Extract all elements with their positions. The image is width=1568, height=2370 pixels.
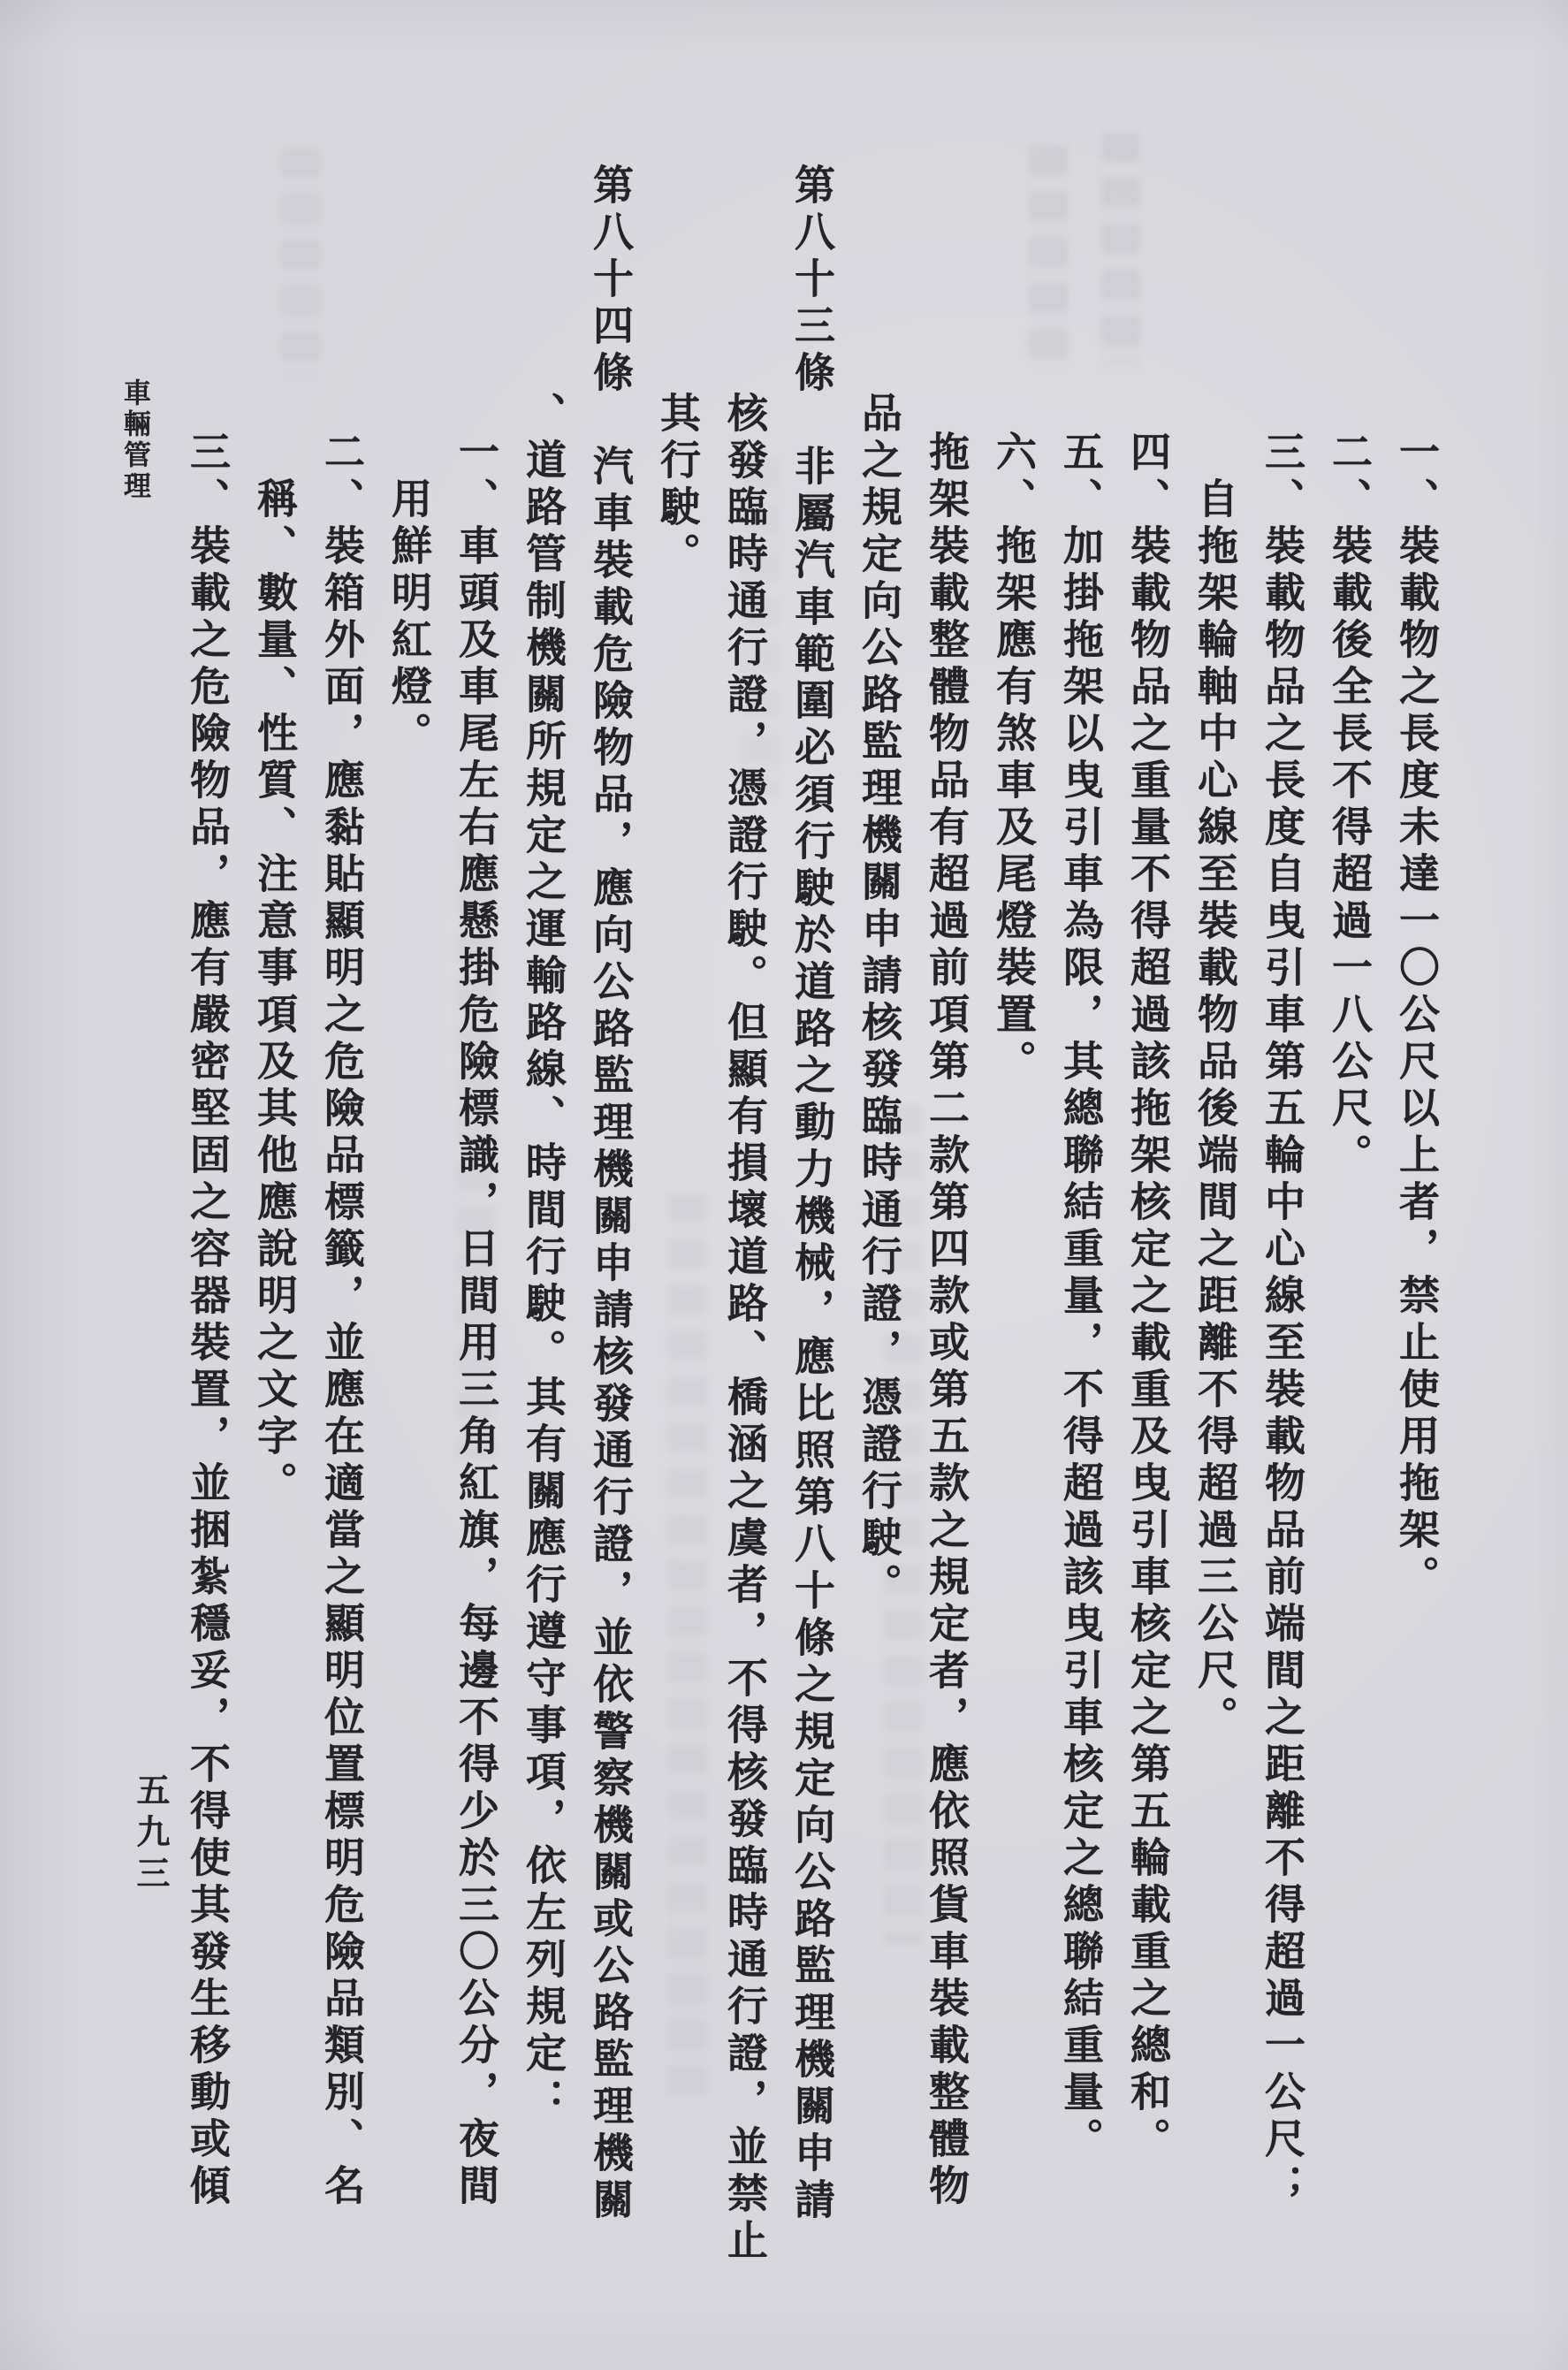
- text-column-13-article: 第八十四條 汽車裝載危險物品，應向公路監理機關申請核發通行證，並依警察機關或公路…: [576, 164, 643, 2225]
- text-column-6-item: 五、加掛拖架以曳引車為限，其總聯結重量，不得超過該曳引車核定之總聯結重量。: [1047, 164, 1114, 2164]
- text-column-17-item: 二、裝箱外面，應黏貼顯明之危險品標籤，並應在適當之顯明位置標明危險品類別、名: [308, 164, 375, 2211]
- text-column-11-cont: 核發臨時通行證，憑證行駛。但顯有損壞道路、橋涵之虞者，不得核發臨時通行證，並禁止: [711, 164, 778, 2266]
- page-number: 五九三: [126, 1772, 174, 1897]
- text-column-10-article: 第八十三條 非屬汽車範圍必須行駛於道路之動力機械，應比照第八十條之規定向公路監理…: [778, 164, 845, 2225]
- text-column-5-item: 四、裝載物品之重量不得超過該拖架核定之載重及曳引車核定之第五輪載重之總和。: [1114, 164, 1181, 2164]
- text-column-8-para: 拖架裝載整體物品有超過前項第二款第四款或第五款之規定者，應依照貨車裝載整體物: [912, 164, 979, 2211]
- text-column-2-item: 二、裝載後全長不得超過一八公尺。: [1315, 164, 1382, 1180]
- text-column-3-item: 三、裝載物品之長度自曳引車第五輪中心線至裝載物品前端間之距離不得超過一公尺；: [1248, 164, 1315, 2211]
- text-column-19-item: 三、裝載之危險物品，應有嚴密堅固之容器裝置，並捆紮穩妥，不得使其發生移動或傾: [173, 164, 240, 2211]
- text-column-15-item: 一、車頭及車尾左右應懸掛危險標識，日間用三角紅旗，每邊不得少於三〇公分，夜間: [442, 164, 509, 2211]
- text-block: 一、裝載物之長度未達一〇公尺以上者，禁止使用拖架。二、裝載後全長不得超過一八公尺…: [173, 164, 1450, 2266]
- margin-label: 車輛管理: [115, 378, 155, 502]
- text-column-16-wrap: 用鮮明紅燈。: [375, 164, 442, 758]
- text-column-12-cont: 其行駛。: [643, 164, 711, 579]
- scanned-page: 車輛管理 一、裝載物之長度未達一〇公尺以上者，禁止使用拖架。二、裝載後全長不得超…: [0, 0, 1568, 2370]
- text-column-14-cont: 、道路管制機關所規定之運輸路線、時間行駛。其有關應行遵守事項，依左列規定：: [509, 164, 576, 2125]
- text-column-1-item: 一、裝載物之長度未達一〇公尺以上者，禁止使用拖架。: [1382, 164, 1450, 1602]
- text-column-18-wrap: 稱、數量、性質、注意事項及其他應說明之文字。: [240, 164, 308, 1508]
- text-column-9-cont: 品之規定向公路監理機關申請核發臨時通行證，憑證行駛。: [845, 164, 912, 1610]
- text-column-4-wrap: 自拖架輪軸中心線至裝載物品後端間之距離不得超過三公尺。: [1181, 164, 1248, 1742]
- text-column-7-item: 六、拖架應有煞車及尾燈裝置。: [979, 164, 1047, 1086]
